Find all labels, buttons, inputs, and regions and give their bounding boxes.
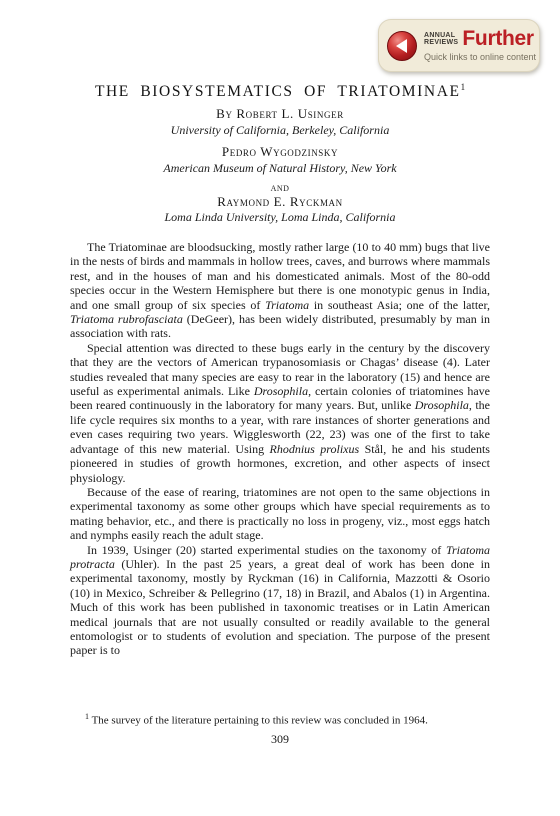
badge-title: Further: [462, 28, 533, 49]
body-paragraph: The Triatominae are bloodsucking, mostly…: [70, 240, 490, 341]
author-1: By Robert L. Usinger: [0, 106, 560, 122]
body-paragraph: In 1939, Usinger (20) started experiment…: [70, 543, 490, 658]
body-paragraph: Special attention was directed to these …: [70, 341, 490, 485]
affiliation-3: Loma Linda University, Loma Linda, Calif…: [0, 209, 560, 225]
article-title-text: THE BIOSYSTEMATICS OF TRIATOMINAE: [95, 83, 461, 100]
article-body: The Triatominae are bloodsucking, mostly…: [70, 240, 490, 658]
byline-connector: and: [0, 182, 560, 194]
italic-text-run: Drosophila: [254, 384, 308, 398]
text-run: in southeast Asia; one of the latter,: [309, 298, 490, 312]
text-run: Because of the ease of rearing, triatomi…: [70, 485, 490, 542]
text-run: In 1939, Usinger (20) started experiment…: [87, 543, 446, 557]
page-number: 309: [0, 732, 560, 747]
badge-body: ANNUAL REVIEWS Further Quick links to on…: [424, 28, 536, 63]
article-title: THE BIOSYSTEMATICS OF TRIATOMINAE1: [0, 82, 560, 101]
journal-page: ANNUAL REVIEWS Further Quick links to on…: [0, 0, 560, 816]
italic-text-run: Triatoma rubrofasciata: [70, 312, 183, 326]
badge-top-row: ANNUAL REVIEWS Further: [424, 28, 536, 49]
italic-text-run: Rhodnius prolixus: [270, 442, 360, 456]
brand-line-1: ANNUAL: [424, 32, 458, 39]
title-footnote-marker: 1: [461, 82, 466, 92]
author-3: Raymond E. Ryckman: [0, 194, 560, 209]
annual-reviews-further-badge[interactable]: ANNUAL REVIEWS Further Quick links to on…: [378, 19, 540, 72]
text-run: (Uhler). In the past 25 years, a great d…: [70, 557, 490, 657]
footnote: 1 The survey of the literature pertainin…: [70, 710, 490, 728]
footnote-text: The survey of the literature pertaining …: [92, 715, 428, 727]
left-triangle-glyph: [396, 39, 407, 53]
play-left-icon: [387, 31, 417, 61]
badge-tagline: Quick links to online content: [424, 52, 536, 63]
affiliation-2: American Museum of Natural History, New …: [0, 160, 560, 176]
body-paragraph: Because of the ease of rearing, triatomi…: [70, 485, 490, 543]
italic-text-run: Drosophila: [415, 398, 469, 412]
italic-text-run: Triatoma: [265, 298, 309, 312]
affiliation-1: University of California, Berkeley, Cali…: [0, 122, 560, 138]
brand-line-2: REVIEWS: [424, 39, 458, 46]
footnote-marker: 1: [85, 712, 89, 721]
annual-reviews-logo: ANNUAL REVIEWS: [424, 32, 458, 46]
byline-block: By Robert L. Usinger University of Calif…: [0, 106, 560, 225]
author-2: Pedro Wygodzinsky: [0, 144, 560, 160]
